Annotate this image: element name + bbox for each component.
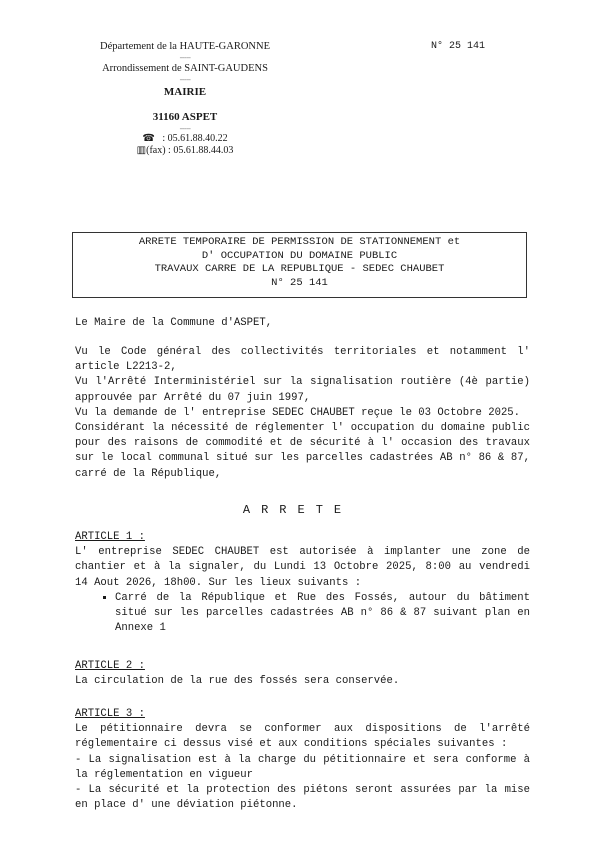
fax-number: (fax) : 05.61.88.44.03 xyxy=(146,145,233,156)
title-line-2: D' OCCUPATION DU DOMAINE PUBLIC xyxy=(73,250,526,264)
article-1: ARTICLE 1 : L' entreprise SEDEC CHAUBET … xyxy=(75,530,530,636)
title-line-4: N° 25 141 xyxy=(73,277,526,291)
article-text: L' entreprise SEDEC CHAUBET est autorisé… xyxy=(75,545,530,591)
city-label: 31160 ASPET xyxy=(80,111,290,124)
phone-number: : 05.61.88.40.22 xyxy=(162,133,227,144)
title-box: ARRETE TEMPORAIRE DE PERMISSION DE STATI… xyxy=(72,232,527,298)
intro-text: Le Maire de la Commune d'ASPET, xyxy=(75,316,530,331)
separator: ----- xyxy=(80,124,290,133)
department-name: Département de la HAUTE-GARONNE xyxy=(80,40,290,53)
fax-line: ▥(fax) : 05.61.88.44.03 xyxy=(80,145,290,157)
article-2: ARTICLE 2 : La circulation de la rue des… xyxy=(75,659,530,689)
condition-item: - La sécurité et la protection des piéto… xyxy=(75,783,530,813)
fax-icon: ▥ xyxy=(137,145,146,156)
article-title: ARTICLE 3 : xyxy=(75,707,530,722)
separator: ----- xyxy=(80,75,290,84)
article-title: ARTICLE 1 : xyxy=(75,530,530,545)
visa-paragraph: Vu l'Arrêté Interministériel sur la sign… xyxy=(75,375,530,405)
article-3: ARTICLE 3 : Le pétitionnaire devra se co… xyxy=(75,707,530,813)
visa-paragraph: Vu la demande de l' entreprise SEDEC CHA… xyxy=(75,406,530,421)
arrete-heading: ARRETE xyxy=(0,503,595,517)
title-line-3: TRAVAUX CARRE DE LA REPUBLIQUE - SEDEC C… xyxy=(73,263,526,277)
condition-item: - La signalisation est à la charge du pé… xyxy=(75,753,530,783)
phone-line: ☎: 05.61.88.40.22 xyxy=(80,133,290,145)
visas-section: Vu le Code général des collectivités ter… xyxy=(75,345,530,482)
arrondissement-name: Arrondissement de SAINT-GAUDENS xyxy=(80,62,290,75)
document-number: N° 25 141 xyxy=(431,41,485,52)
visa-paragraph: Vu le Code général des collectivités ter… xyxy=(75,345,530,375)
letterhead: Département de la HAUTE-GARONNE ----- Ar… xyxy=(80,40,290,157)
phone-icon: ☎ xyxy=(142,133,152,145)
article-text: La circulation de la rue des fossés sera… xyxy=(75,674,530,689)
location-list: Carré de la République et Rue des Fossés… xyxy=(75,591,530,637)
location-item: Carré de la République et Rue des Fossés… xyxy=(115,591,530,637)
article-title: ARTICLE 2 : xyxy=(75,659,530,674)
mairie-label: MAIRIE xyxy=(80,86,290,99)
title-line-1: ARRETE TEMPORAIRE DE PERMISSION DE STATI… xyxy=(73,236,526,250)
separator: ----- xyxy=(80,53,290,62)
article-text: Le pétitionnaire devra se conformer aux … xyxy=(75,722,530,752)
considerant-paragraph: Considérant la nécessité de réglementer … xyxy=(75,421,530,482)
